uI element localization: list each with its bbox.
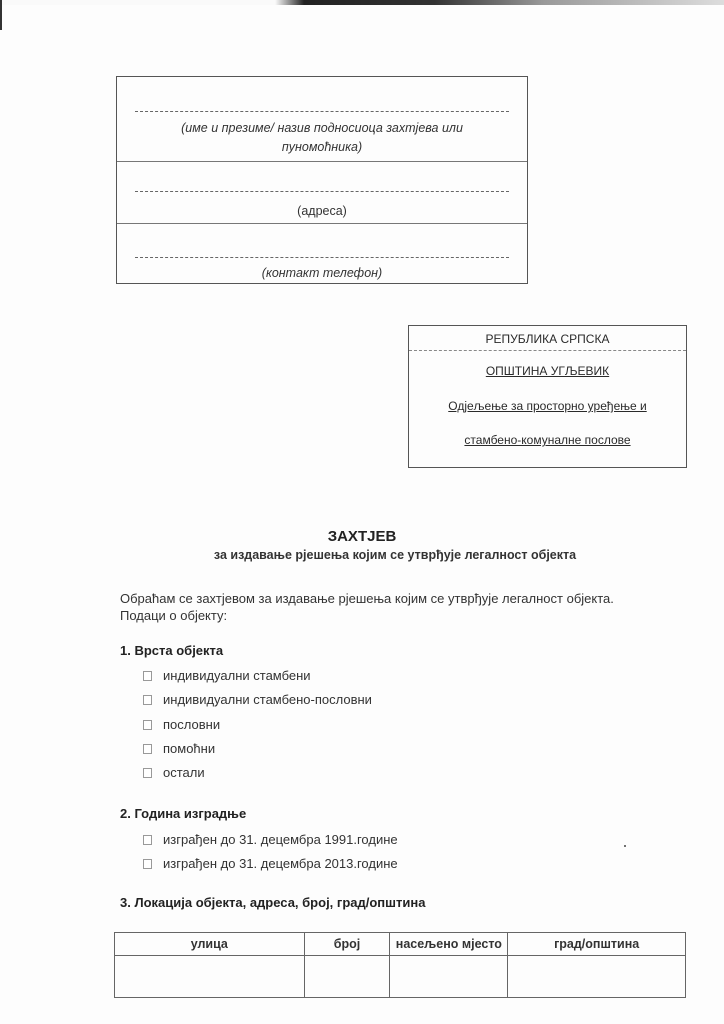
column-number: број — [304, 933, 390, 956]
checkbox-icon[interactable] — [143, 695, 152, 705]
checkbox-icon[interactable] — [143, 768, 152, 778]
option-individual-residential[interactable]: индивидуални стамбени — [143, 668, 311, 683]
location-table-header: улица број насељено мјесто град/општина — [115, 933, 686, 956]
checkbox-icon[interactable] — [143, 744, 152, 754]
option-label: остали — [163, 765, 205, 780]
checkbox-icon[interactable] — [143, 835, 152, 845]
intro-line2: Подаци о објекту: — [120, 607, 614, 624]
applicant-info-box: (име и презиме/ назив подносиоца захтјев… — [116, 76, 528, 284]
scan-edge-left — [0, 0, 2, 30]
option-label: индивидуални стамбено-пословни — [163, 692, 372, 707]
recipient-box: РЕПУБЛИКА СРПСКА ОПШТИНА УГЉЕВИК Одјељењ… — [408, 325, 687, 468]
intro-line1: Обраћам се захтјевом за издавање рјешења… — [120, 590, 614, 607]
option-built-before-1991[interactable]: изграђен до 31. децембра 1991.године — [143, 832, 398, 847]
option-individual-residential-commercial[interactable]: индивидуални стамбено-пословни — [143, 692, 372, 707]
phone-label: (контакт телефон) — [117, 266, 527, 280]
address-label: (адреса) — [117, 204, 527, 218]
section-construction-year-heading: 2. Година изградње — [120, 806, 246, 821]
section-location-heading: 3. Локација објекта, адреса, број, град/… — [120, 895, 425, 910]
option-other[interactable]: остали — [143, 765, 205, 780]
option-auxiliary[interactable]: помоћни — [143, 741, 215, 756]
document-subtitle: за издавање рјешења којим се утврђује ле… — [0, 548, 724, 562]
intro-text: Обраћам се захтјевом за издавање рјешења… — [120, 590, 614, 624]
department-line2: стамбено-комуналне послове — [409, 433, 686, 447]
municipality-label: ОПШТИНА УГЉЕВИК — [409, 364, 686, 378]
column-city-municipality: град/општина — [508, 933, 686, 956]
recipient-divider — [409, 350, 686, 351]
phone-field[interactable] — [135, 257, 509, 258]
option-label: изграђен до 31. децембра 1991.године — [163, 832, 398, 847]
checkbox-icon[interactable] — [143, 720, 152, 730]
option-built-before-2013[interactable]: изграђен до 31. децембра 2013.године — [143, 856, 398, 871]
option-label: помоћни — [163, 741, 215, 756]
document-title: ЗАХТЈЕВ — [0, 528, 724, 545]
settlement-cell[interactable] — [390, 956, 508, 998]
option-commercial[interactable]: пословни — [143, 717, 220, 732]
location-table: улица број насељено мјесто град/општина — [114, 932, 686, 998]
option-label: пословни — [163, 717, 220, 732]
number-cell[interactable] — [304, 956, 390, 998]
applicant-name-row: (име и презиме/ назив подносиоца захтјев… — [117, 77, 527, 162]
scan-speck — [624, 845, 626, 847]
phone-row: (контакт телефон) — [117, 223, 527, 284]
republic-label: РЕПУБЛИКА СРПСКА — [409, 332, 686, 346]
street-cell[interactable] — [115, 956, 305, 998]
applicant-name-field[interactable] — [135, 111, 509, 112]
address-row: (адреса) — [117, 161, 527, 224]
column-street: улица — [115, 933, 305, 956]
city-cell[interactable] — [508, 956, 686, 998]
applicant-name-label-line2: пуномоћника) — [117, 140, 527, 154]
section-object-type-heading: 1. Врста објекта — [120, 643, 223, 658]
applicant-name-label-line1: (име и презиме/ назив подносиоца захтјев… — [117, 121, 527, 135]
option-label: изграђен до 31. децембра 2013.године — [163, 856, 398, 871]
department-line1: Одјељење за просторно уређење и — [409, 399, 686, 413]
scan-edge-top — [0, 0, 724, 5]
table-row — [115, 956, 686, 998]
option-label: индивидуални стамбени — [163, 668, 311, 683]
checkbox-icon[interactable] — [143, 671, 152, 681]
column-settlement: насељено мјесто — [390, 933, 508, 956]
address-field[interactable] — [135, 191, 509, 192]
checkbox-icon[interactable] — [143, 859, 152, 869]
